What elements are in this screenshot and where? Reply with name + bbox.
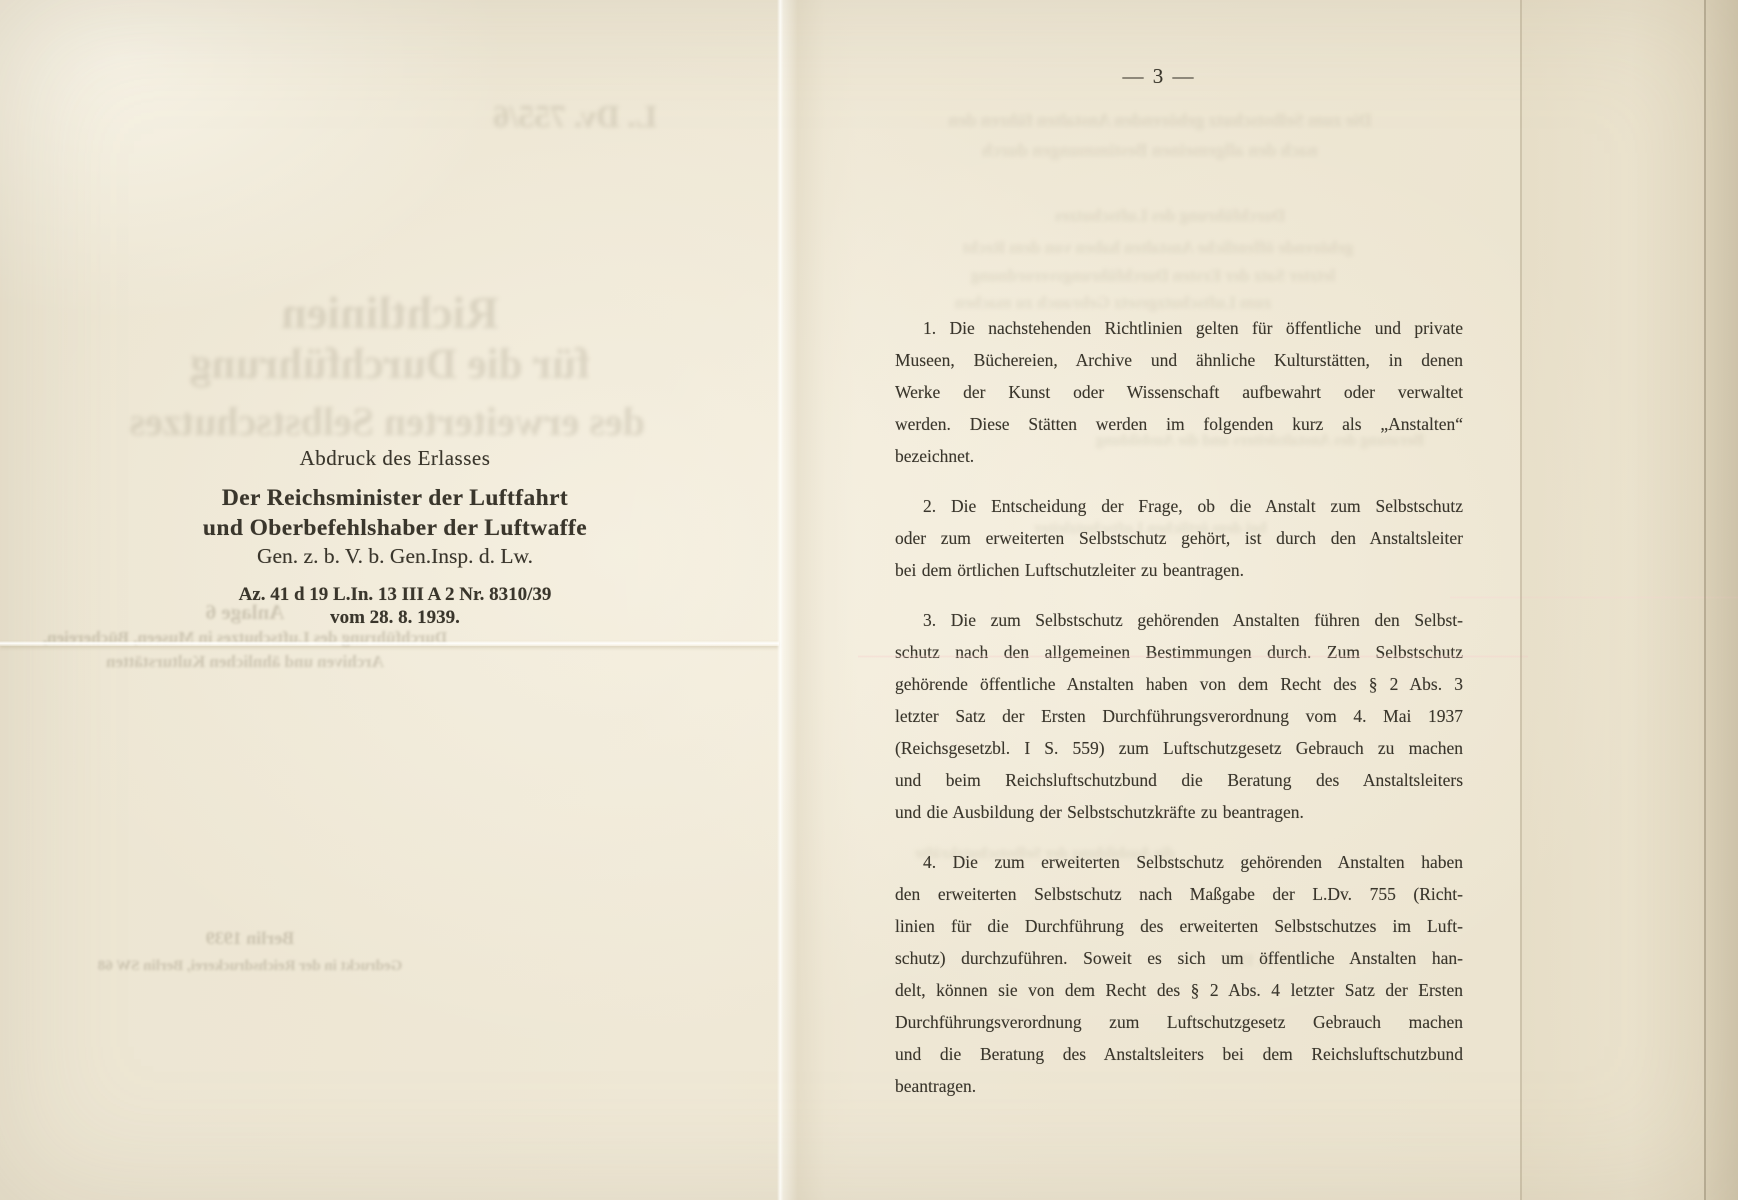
text-line: linien für die Durchführung des erweiter… xyxy=(895,910,1463,942)
text-line: Museen, Büchereien, Archive und ähnliche… xyxy=(895,344,1463,376)
sheet-edge xyxy=(1706,0,1738,1200)
body-paragraph-3: 3. Die zum Selbstschutz gehörenden Ansta… xyxy=(895,604,1463,828)
text-line: bei dem örtlichen Luftschutzleiter zu be… xyxy=(895,554,1463,586)
horizontal-fold-crease xyxy=(0,641,779,646)
text-line: schutz nach den allgemeinen Bestimmungen… xyxy=(895,636,1463,668)
text-line: 4. Die zum erweiterten Selbstschutz gehö… xyxy=(895,846,1463,878)
bleed-through-text: nach den allgemeinen Bestimmungen durch xyxy=(900,140,1400,161)
bleed-through-text: gehörende öffentliche Anstalten haben vo… xyxy=(898,238,1418,258)
text-line: oder zum erweiterten Selbstschutz gehört… xyxy=(895,522,1463,554)
text-line: Werke der Kunst oder Wissenschaft aufbew… xyxy=(895,376,1463,408)
text-line: Durchführungsverordnung zum Luftschutzge… xyxy=(895,1006,1463,1038)
bleed-through-text: Richtlinien xyxy=(165,286,615,339)
bleed-through-text: Berlin 1939 xyxy=(110,928,390,949)
folded-sheet-edge xyxy=(1522,0,1704,1200)
issuer-line-2: und Oberbefehlshaber der Luftwaffe xyxy=(175,515,615,542)
bleed-through-text: L. Dv. 755/6 xyxy=(430,98,720,135)
bleed-through-text: Durchführung des Luftschutzes xyxy=(1010,206,1330,226)
decree-date: vom 28. 8. 1939. xyxy=(175,607,615,629)
text-line: den erweiterten Selbstschutz nach Maßgab… xyxy=(895,878,1463,910)
body-text: 1. Die nachstehenden Richtlinien gelten … xyxy=(895,312,1463,1120)
bleed-through-text: Die zum Selbstschutz gehörenden Anstalte… xyxy=(900,110,1420,131)
scanned-document-spread: L. Dv. 755/6 Richtlinien für die Durchfü… xyxy=(0,0,1738,1200)
text-line: schutz) durchzuführen. Soweit es sich um… xyxy=(895,942,1463,974)
text-line: und die Ausbildung der Selbstschutzkräft… xyxy=(895,796,1463,828)
issuer-line-1: Der Reichsminister der Luftfahrt xyxy=(175,485,615,512)
bleed-through-text: Gedruckt in der Reichsdruckerei, Berlin … xyxy=(40,958,460,975)
body-paragraph-4: 4. Die zum erweiterten Selbstschutz gehö… xyxy=(895,846,1463,1102)
text-line: bezeichnet. xyxy=(895,440,1463,472)
text-line: gehörende öffentliche Anstalten haben vo… xyxy=(895,668,1463,700)
issuer-line-3: Gen. z. b. V. b. Gen.Insp. d. Lw. xyxy=(175,544,615,569)
bleed-through-text: letzter Satz der Ersten Durchführungsver… xyxy=(898,266,1408,286)
text-line: und die Beratung des Anstaltsleiters bei… xyxy=(895,1038,1463,1070)
bleed-through-text: des erweiterten Selbstschutzes xyxy=(135,398,645,445)
bleed-through-text: Archiven und ähnlichen Kulturstätten xyxy=(20,652,470,672)
text-line: beantragen. xyxy=(895,1070,1463,1102)
file-reference: Az. 41 d 19 L.In. 13 III A 2 Nr. 8310/39 xyxy=(175,584,615,606)
page-number: — 3 — xyxy=(875,64,1443,89)
bleed-through-text: für die Durchführung xyxy=(150,340,630,389)
text-line: 1. Die nachstehenden Richtlinien gelten … xyxy=(895,312,1463,344)
text-line: 2. Die Entscheidung der Frage, ob die An… xyxy=(895,490,1463,522)
decree-heading: Abdruck des Erlasses xyxy=(175,446,615,471)
text-line: und beim Reichsluftschutzbund die Beratu… xyxy=(895,764,1463,796)
horizontal-fold-crease xyxy=(858,655,1528,658)
text-line: 3. Die zum Selbstschutz gehörenden Ansta… xyxy=(895,604,1463,636)
center-fold xyxy=(777,0,857,1200)
text-line: delt, können sie von dem Recht des § 2 A… xyxy=(895,974,1463,1006)
body-paragraph-2: 2. Die Entscheidung der Frage, ob die An… xyxy=(895,490,1463,586)
body-paragraph-1: 1. Die nachstehenden Richtlinien gelten … xyxy=(895,312,1463,472)
text-line: (Reichsgesetzbl. I S. 559) zum Luftschut… xyxy=(895,732,1463,764)
text-line: letzter Satz der Ersten Durchführungsver… xyxy=(895,700,1463,732)
text-line: werden. Diese Stätten werden im folgende… xyxy=(895,408,1463,440)
bleed-through-text: zum Luftschutzgesetz Gebrauch zu machen xyxy=(898,293,1328,313)
